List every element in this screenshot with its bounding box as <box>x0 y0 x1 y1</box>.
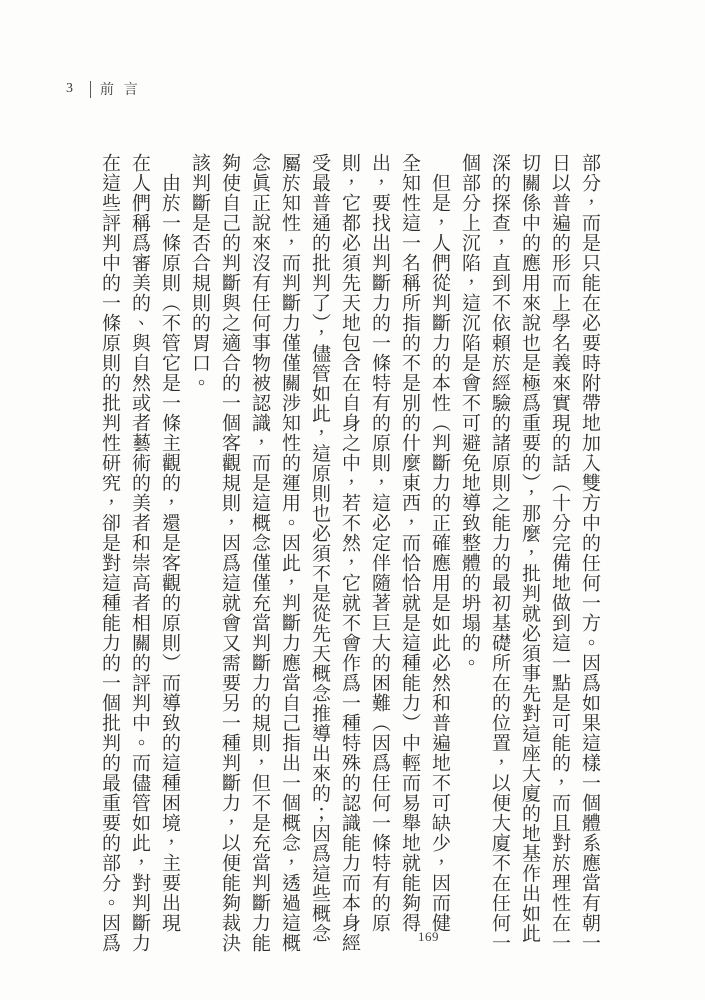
text-column: 夠使自己的判斷與之適合的一個客觀規則，因爲這就會又需要另一種判斷力，以便能夠裁決 <box>214 153 244 959</box>
text-column: 則，它都必須先天地包含在自身之中，若不然，它就不會作爲一種特殊的認識能力而本身經 <box>334 153 364 959</box>
text-column: 深的探查，直到不依賴於經驗的諸原則之能力的最初基礎所在的位置，以便大廈不在任何一 <box>484 153 514 959</box>
book-page: 3 前言 部分，而是只能在必要時附帶地加入雙方中的任何一方。因爲如果這樣一個體系… <box>0 0 705 1000</box>
text-column: 在這些評判中的一條原則的批判性研究，卻是對這種能力的一個批判的最重要的部分。因爲 <box>94 153 124 959</box>
text-column: 但是，人們從判斷力的本性（判斷力的正確應用是如此必然和普遍地不可缺少，因而健 <box>424 153 454 959</box>
running-header: 3 前言 <box>66 79 148 99</box>
text-column: 在人們稱爲審美的、與自然或者藝術的美者和崇高者相關的評判中。而儘管如此，對判斷力 <box>124 153 154 959</box>
text-column: 由於一條原則（不管它是一條主觀的，還是客觀的原則）而導致的這種困境，主要出現 <box>154 153 184 959</box>
body-text: 部分，而是只能在必要時附帶地加入雙方中的任何一方。因爲如果這樣一個體系應當有朝一… <box>92 153 604 959</box>
text-column: 切關係中的應用來說也是極爲重要的），那麼，批判就必須事先對這座大廈的地基作出如此 <box>514 153 544 959</box>
text-column: 念眞正說來沒有任何事物被認識，而是這概念僅僅充當判斷力的規則，但不是充當判斷力能 <box>244 153 274 959</box>
text-column: 出，要找出判斷力的一條特有的原則，這必定伴隨著巨大的困難（因爲任何一條特有的原 <box>364 153 394 959</box>
text-column: 日以普遍的形而上學名義來實現的話（十分完備地做到這一點是可能的，而且對於理性在一 <box>544 153 574 959</box>
page-number: 169 <box>418 929 439 945</box>
text-column: 部分，而是只能在必要時附帶地加入雙方中的任何一方。因爲如果這樣一個體系應當有朝一 <box>574 153 604 959</box>
header-section-title: 前言 <box>100 79 148 99</box>
text-column: 受最普通的批判了），儘管如此，這原則也必須不是從先天概念推導出來的；因爲這些概念 <box>304 153 334 959</box>
text-column: 該判斷是否合規則的胃口。 <box>184 153 214 959</box>
text-column: 屬於知性，而判斷力僅僅關涉知性的運用。因此，判斷力應當自己指出一個概念，透過這概 <box>274 153 304 959</box>
header-divider-line <box>90 81 91 98</box>
text-column: 個部分上沉陷，這沉陷是會不可避免地導致整體的坍塌的。 <box>454 153 484 959</box>
text-column: 全知性這一名稱所指的不是別的什麼東西，而恰恰就是這種能力）中輕而易舉地就能夠得 <box>394 153 424 959</box>
header-page-label: 3 <box>66 81 73 97</box>
